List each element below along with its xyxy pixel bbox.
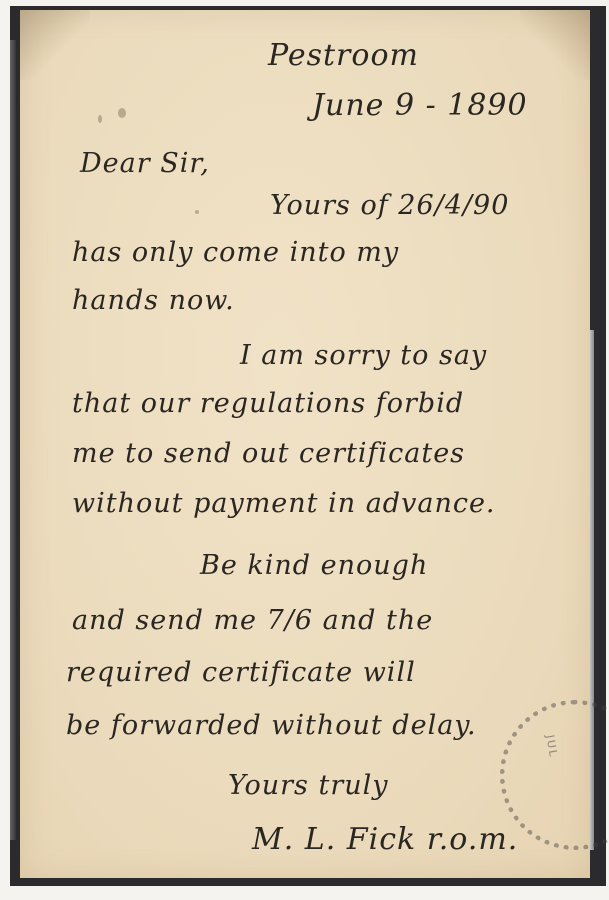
signature: M. L. Fick r.o.m. (252, 822, 518, 857)
closing: Yours truly (228, 770, 389, 801)
body-line: I am sorry to say (240, 340, 487, 371)
body-line: Yours of 26/4/90 (270, 190, 509, 221)
foxing-spot (98, 115, 102, 123)
photo-corner-top-left (20, 10, 90, 80)
salutation: Dear Sir, (80, 148, 210, 179)
mount-edge-highlight-left (10, 40, 16, 840)
body-line: be forwarded without delay. (66, 710, 477, 741)
photo-corner-top-right (520, 10, 590, 80)
foxing-spot (118, 108, 126, 118)
body-line: hands now. (72, 285, 235, 316)
body-line: me to send out certificates (72, 438, 465, 469)
body-line: required certificate will (66, 657, 416, 688)
body-line: has only come into my (72, 237, 399, 268)
letter-place: Pestroom (268, 38, 419, 73)
letter-date: June 9 - 1890 (312, 88, 528, 123)
foxing-spot (195, 210, 199, 214)
body-line: that our regulations forbid (72, 388, 464, 419)
body-line: without payment in advance. (72, 488, 496, 519)
body-line: Be kind enough (200, 550, 428, 581)
body-line: and send me 7/6 and the (72, 605, 433, 636)
